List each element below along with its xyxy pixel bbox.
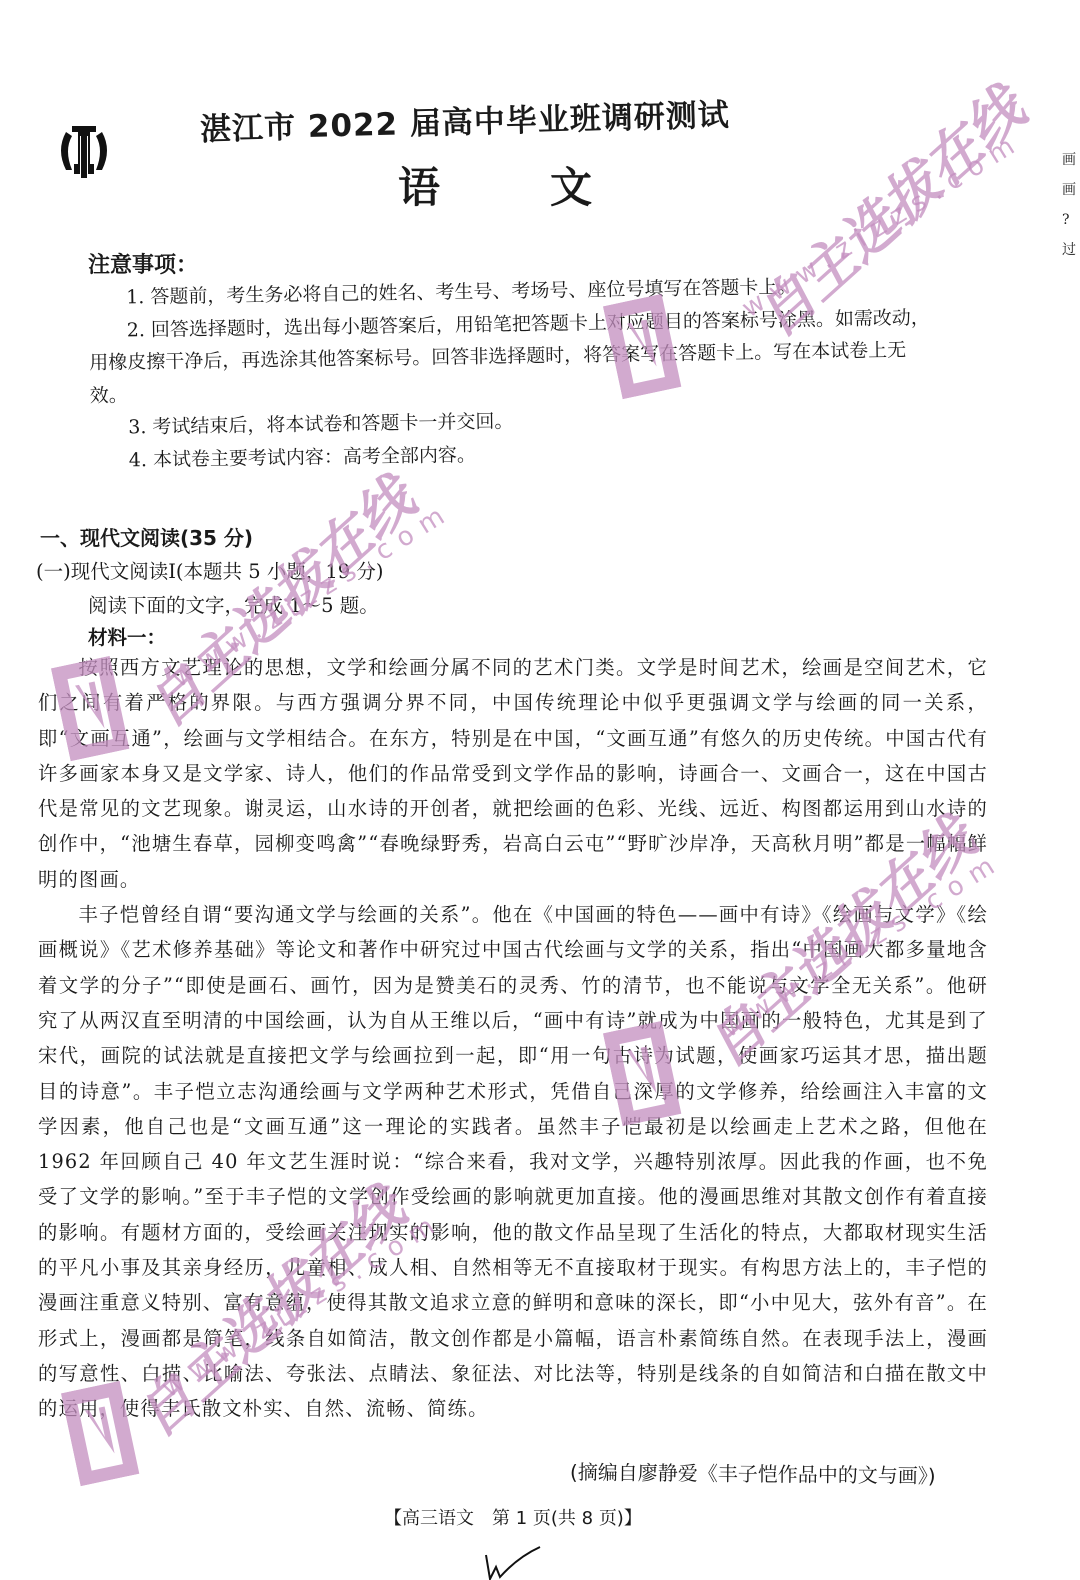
material-text: 按照西方文艺理论的思想，文学和绘画分属不同的艺术门类。文学是时间艺术，绘画是空间… xyxy=(38,650,988,1427)
exam-page: 湛江市 2022 届高中毕业班调研测试 语文 画 画 ? 过 注意事项： 1. … xyxy=(0,0,1080,1580)
subsection-heading: (一)现代文阅读Ⅰ(本题共 5 小题，19 分) xyxy=(36,556,383,584)
handwritten-mark-icon xyxy=(478,1545,548,1580)
exam-logo-icon xyxy=(52,118,116,182)
exam-title: 湛江市 2022 届高中毕业班调研测试 xyxy=(199,87,820,149)
reading-instruction: 阅读下面的文字，完成 1～5 题。 xyxy=(88,590,379,618)
source-citation: (摘编自廖静爱《丰子恺作品中的文与画》) xyxy=(570,1456,936,1489)
material-paragraph: 按照西方文艺理论的思想，文学和绘画分属不同的艺术门类。文学是时间艺术，绘画是空间… xyxy=(38,650,988,897)
material-label: 材料一： xyxy=(88,622,166,650)
notice-item: 2. 回答选择题时，选出每小题答案后，用铅笔把答题卡上对应题目的答案标号涂黑。如… xyxy=(89,301,940,412)
subject-title: 语文 xyxy=(398,155,702,215)
adjacent-page-fragment: 画 画 ? 过 xyxy=(1062,145,1080,265)
notice-list: 1. 答题前，考生务必将自己的姓名、考生号、考场号、座位号填写在答题卡上。 2.… xyxy=(88,269,941,477)
page-footer: 【高三语文 第 1 页(共 8 页)】 xyxy=(384,1504,642,1530)
material-paragraph: 丰子恺曾经自谓“要沟通文学与绘画的关系”。他在《中国画的特色——画中有诗》《绘画… xyxy=(38,897,988,1426)
section-heading: 一、现代文阅读(35 分) xyxy=(40,522,253,551)
notice-heading: 注意事项： xyxy=(88,248,198,279)
